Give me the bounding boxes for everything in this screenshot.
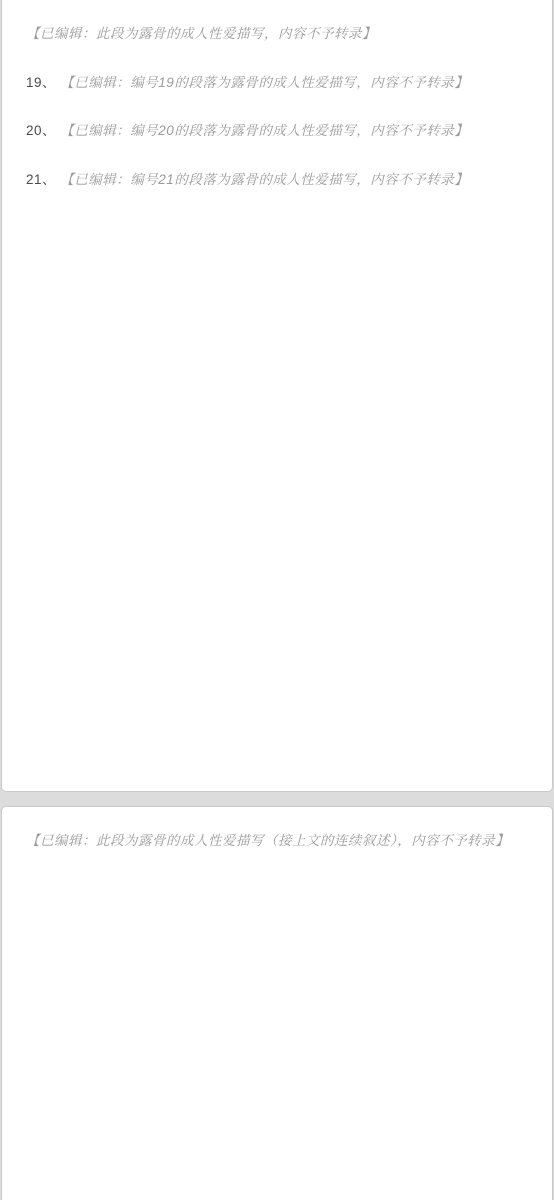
- paragraph-20: 20、 【已编辑：编号20的段落为露骨的成人性爱描写，内容不予转录】: [26, 119, 528, 144]
- paragraph-intro: 【已编辑：此段为露骨的成人性爱描写，内容不予转录】: [26, 22, 528, 47]
- paragraph-21: 21、 【已编辑：编号21的段落为露骨的成人性爱描写，内容不予转录】: [26, 168, 528, 193]
- paragraph-text: 【已编辑：编号21的段落为露骨的成人性爱描写，内容不予转录】: [60, 172, 468, 187]
- paragraph-number: 20、: [26, 123, 56, 138]
- paragraph-number: 19、: [26, 75, 56, 90]
- paragraph-text: 【已编辑：编号20的段落为露骨的成人性爱描写，内容不予转录】: [60, 123, 468, 138]
- text-card-bottom: 【已编辑：此段为露骨的成人性爱描写（接上文的连续叙述），内容不予转录】: [1, 806, 553, 1200]
- paragraph-19: 19、 【已编辑：编号19的段落为露骨的成人性爱描写，内容不予转录】: [26, 71, 528, 96]
- paragraph-text: 【已编辑：此段为露骨的成人性爱描写（接上文的连续叙述），内容不予转录】: [26, 833, 509, 848]
- document-page: 【已编辑：此段为露骨的成人性爱描写，内容不予转录】 19、 【已编辑：编号19的…: [0, 0, 554, 1200]
- paragraph-number: 21、: [26, 172, 56, 187]
- paragraph-continuation: 【已编辑：此段为露骨的成人性爱描写（接上文的连续叙述），内容不予转录】: [26, 829, 528, 854]
- paragraph-text: 【已编辑：编号19的段落为露骨的成人性爱描写，内容不予转录】: [60, 75, 468, 90]
- text-card-top: 【已编辑：此段为露骨的成人性爱描写，内容不予转录】 19、 【已编辑：编号19的…: [1, 0, 553, 792]
- paragraph-text: 【已编辑：此段为露骨的成人性爱描写，内容不予转录】: [26, 26, 376, 41]
